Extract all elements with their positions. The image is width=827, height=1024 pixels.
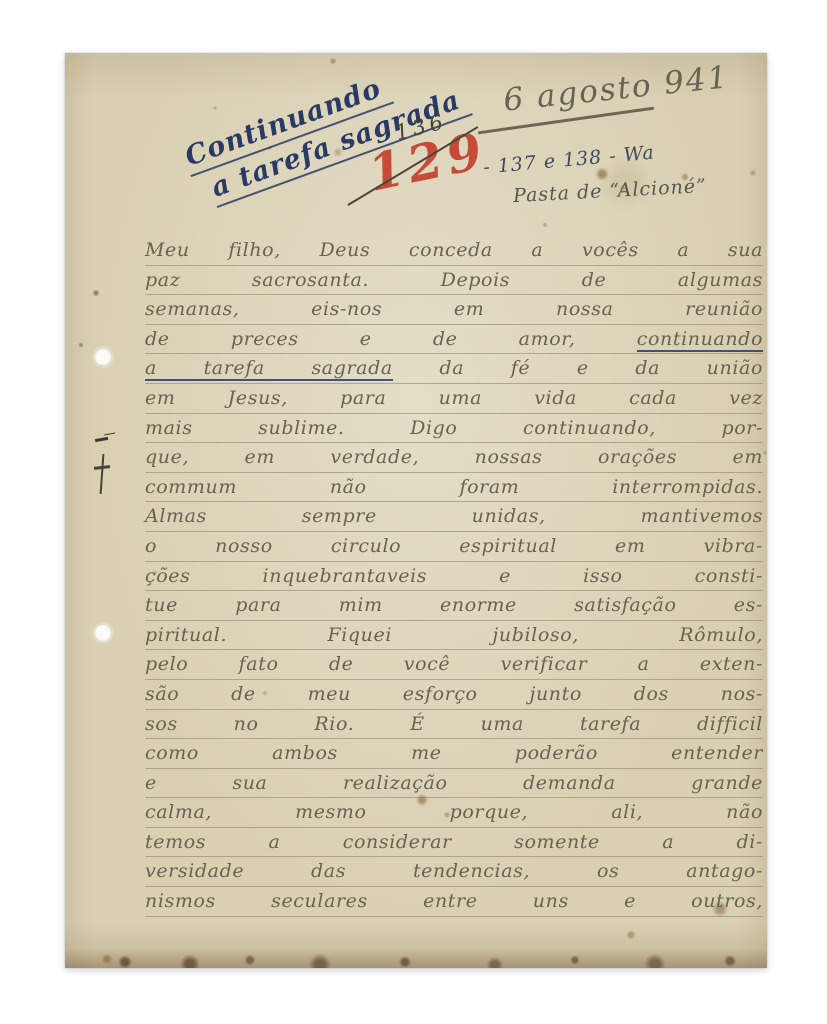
handwritten-line: a tarefa sagrada da fé e da união: [145, 354, 763, 384]
folder-note: Pasta de “Alcioné”: [513, 175, 708, 207]
handwritten-line: e sua realização demanda grande: [145, 769, 763, 799]
bottom-edge-grime: [65, 940, 767, 968]
handwritten-line: temos a considerar somente a di-: [145, 828, 763, 858]
letter-body: Meu filho, Deus conceda a vocês a suapaz…: [145, 236, 763, 917]
handwritten-line: piritual. Fiquei jubiloso, Rômulo,: [145, 621, 763, 651]
handwritten-line: tue para mim enorme satisfação es-: [145, 591, 763, 621]
handwritten-line: semanas, eis-nos em nossa reunião: [145, 295, 763, 325]
margin-ink-marks: [91, 436, 115, 506]
punch-hole-bottom: [94, 624, 112, 642]
handwritten-line: sos no Rio. É uma tarefa difficil: [145, 710, 763, 740]
margin-dash-marks: [95, 437, 108, 442]
blue-underlined-words: continuando: [637, 328, 763, 352]
handwritten-line: são de meu esforço junto dos nos-: [145, 680, 763, 710]
handwritten-line: de preces e de amor, continuando: [145, 325, 763, 355]
handwritten-line: nismos seculares entre uns e outros,: [145, 887, 763, 917]
blue-underlined-words: a tarefa sagrada: [145, 357, 393, 381]
handwritten-line: paz sacrosanta. Depois de algumas: [145, 266, 763, 296]
handwritten-line: ções inquebrantaveis e isso consti-: [145, 562, 763, 592]
handwritten-line: em Jesus, para uma vida cada vez: [145, 384, 763, 414]
handwritten-line: mais sublime. Digo continuando, por-: [145, 414, 763, 444]
handwritten-line: versidade das tendencias, os antago-: [145, 857, 763, 887]
reference-note: - 137 e 138 - Wa: [482, 142, 655, 179]
handwritten-line: o nosso circulo espiritual em vibra-: [145, 532, 763, 562]
handwritten-line: commum não foram interrompidas.: [145, 473, 763, 503]
scan-page: Continuando a tarefa sagrada 136 129 6 a…: [0, 0, 827, 1024]
handwritten-line: Meu filho, Deus conceda a vocês a sua: [145, 236, 763, 266]
handwritten-line: Almas sempre unidas, mantivemos: [145, 502, 763, 532]
handwritten-line: que, em verdade, nossas orações em: [145, 443, 763, 473]
handwritten-line: como ambos me poderão entender: [145, 739, 763, 769]
handwritten-line: calma, mesmo porque, ali, não: [145, 798, 763, 828]
punch-hole-top: [94, 348, 112, 366]
margin-cross-mark: [100, 454, 105, 494]
letter-paper: Continuando a tarefa sagrada 136 129 6 a…: [65, 53, 767, 968]
date-note: 6 agosto 941: [502, 59, 731, 118]
handwritten-line: pelo fato de você verificar a exten-: [145, 650, 763, 680]
